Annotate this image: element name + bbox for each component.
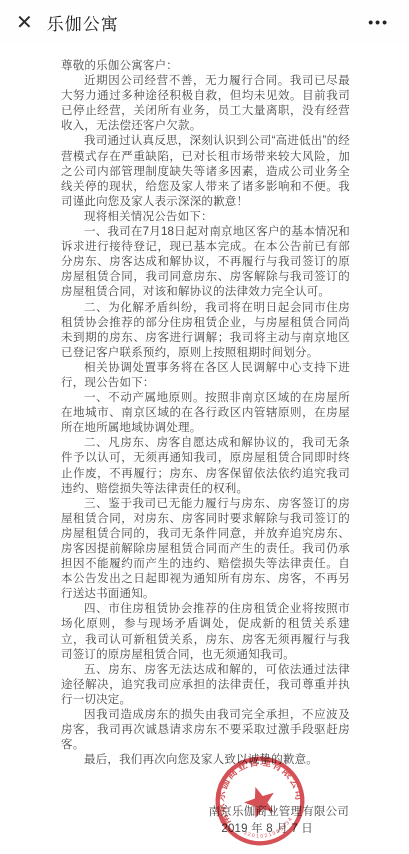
page: { "header": { "title": "乐伽公寓", "close_la… (0, 0, 409, 854)
signature-date: 2019 年 8 月 7 日 (61, 822, 350, 837)
titlebar: ✕ 乐伽公寓 ••• (0, 0, 409, 44)
document-paragraph: 因我司造成房东的损失由我司完全承担，不应波及房客，我司再次诚恳请求房东不要采取过… (61, 708, 350, 753)
document-paragraph: 五、房东、房客无法达成和解的，可依法通过法律途径解决，追究我司应承担的法律责任，… (61, 663, 350, 708)
paragraphs-container: 近期因公司经营不善，无力履行合同。我司已尽最大努力通过多种途径积极自救，但均未见… (61, 74, 350, 768)
document-paragraph: 四、市住房租赁协会推荐的住房租赁企业将按照市场化原则，参与现场矛盾调处，促成新的… (61, 602, 350, 662)
document-paragraph: 一、不动产属地原则。按照非南京区域的在房屋所在地城市、南京区域的在各行政区内管辖… (61, 391, 350, 436)
salutation: 尊敬的乐伽公寓客户： (61, 59, 350, 74)
document-paragraph: 最后，我们再次向您及家人致以诚挚的歉意。 (61, 753, 350, 768)
document-paragraph: 我司通过认真反思，深刻认识到公司“高进低出”的经营模式存在严重缺陷，已对长租市场… (61, 134, 350, 209)
company-signature: 南京乐伽商业管理有限公司 (61, 805, 350, 820)
document-paragraph: 三、鉴于我司已无能力履行与房东、房客签订的房屋租赁合同，对房东、房客同时要求解除… (61, 497, 350, 603)
announcement-document: 尊敬的乐伽公寓客户： 近期因公司经营不善，无力履行合同。我司已尽最大努力通过多种… (0, 44, 409, 837)
signature-block: 南京乐伽商业管理有限公司 2019 年 8 月 7 日 (61, 805, 350, 836)
document-paragraph: 相关协调处置事务将在各区人民调解中心支持下进行，现公告如下： (61, 361, 350, 391)
document-paragraph: 现将相关情况公告如下： (61, 210, 350, 225)
document-paragraph: 近期因公司经营不善，无力履行合同。我司已尽最大努力通过多种途径积极自救，但均未见… (61, 74, 350, 134)
document-paragraph: 一、我司在7月18日起对南京地区客户的基本情况和诉求进行接待登记，现已基本完成。… (61, 225, 350, 300)
close-icon[interactable]: ✕ (16, 12, 33, 32)
page-title: 乐伽公寓 (47, 10, 119, 35)
document-paragraph: 二、为化解矛盾纠纷，我司将在明日起会同市住房租赁协会推荐的部分住房租赁企业，与房… (61, 301, 350, 361)
document-paragraph: 二、凡房东、房客自愿达成和解协议的，我司无条件予以认可，无须再通知我司，原房屋租… (61, 436, 350, 496)
more-menu-icon[interactable]: ••• (368, 14, 393, 30)
